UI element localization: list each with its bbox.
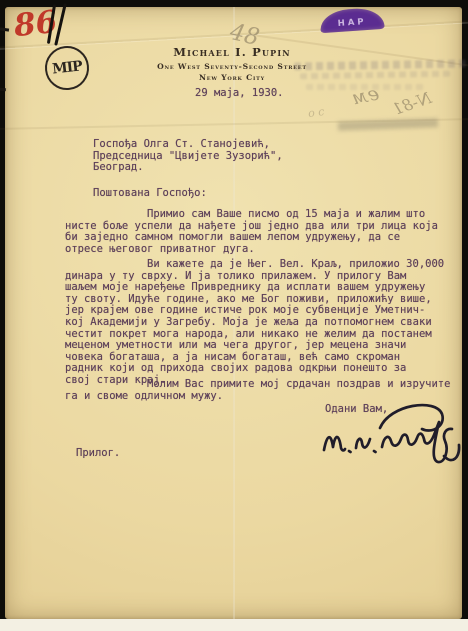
scanned-letter: 86 MIP НАР 48 ем N-81 о с Michael I. Pup…: [0, 0, 468, 631]
typed-line: кој Академији у Загребу. Моја је жеља да…: [65, 317, 455, 329]
letterhead: Michael I. Pupin One West Seventy-Second…: [102, 45, 362, 82]
edge-mark: [0, 88, 6, 91]
typed-line: Примио сам Ваше писмо од 15 маја и жалим…: [65, 209, 455, 221]
edge-mark: [0, 27, 9, 31]
typed-line: Ви кажете да је Њег. Вел. Краљ, приложио…: [65, 259, 455, 271]
scan-backing-strip: [0, 619, 468, 631]
typed-line: отресе његовог приватног дуга.: [65, 244, 455, 256]
typed-line: Београд.: [93, 162, 283, 174]
enclosure-note: Прилог.: [76, 448, 120, 460]
letter-date: 29 маја, 1930.: [195, 88, 284, 100]
typed-line: Молим Вас примите мој срдачан поздрав и …: [65, 379, 455, 391]
recipient-block: Госпођа Олга Ст. Станојевић,Председница …: [93, 139, 283, 174]
signature-drawing: [318, 398, 466, 476]
letterhead-street: One West Seventy-Second Street: [102, 62, 362, 71]
salutation: Поштована Госпођо:: [93, 188, 207, 200]
handwritten-signature: [318, 398, 466, 476]
pencil-note: о с: [307, 105, 325, 120]
typed-line: Госпођа Олга Ст. Станојевић,: [93, 139, 283, 151]
letterhead-name: Michael I. Pupin: [102, 45, 362, 59]
body-paragraph-2: Ви кажете да је Њег. Вел. Краљ, приложио…: [65, 259, 455, 387]
typed-line: меценом уметности или ма чега другог, је…: [65, 340, 455, 352]
archive-stamp-label: НАР: [337, 17, 367, 32]
body-paragraph-1: Примио сам Ваше писмо од 15 маја и жалим…: [65, 209, 455, 255]
letterhead-city: New York City: [102, 73, 362, 82]
